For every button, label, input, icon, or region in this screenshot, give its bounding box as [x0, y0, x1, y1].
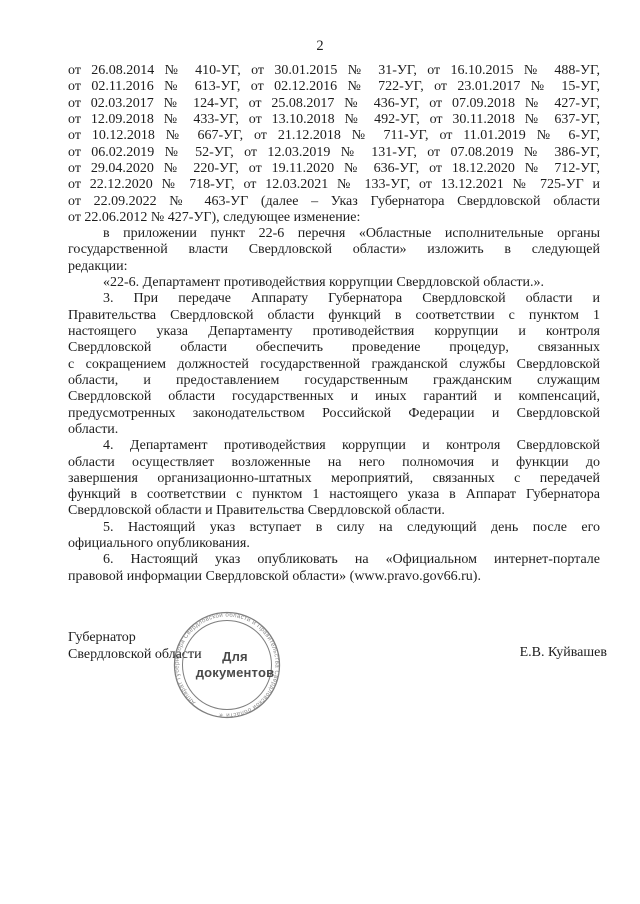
- official-round-stamp: Аппарат Губернатора Свердловской области…: [171, 609, 283, 721]
- page-number: 2: [0, 38, 640, 55]
- text-line: от 22.12.2020 № 718-УГ, от 12.03.2021 № …: [68, 177, 600, 193]
- document-body-text: от 26.08.2014 № 410-УГ, от 30.01.2015 № …: [68, 63, 600, 585]
- signatory-title-line1: Губернатор: [68, 630, 202, 647]
- stamp-ring-text: Аппарат Губернатора Свердловской области…: [173, 612, 280, 719]
- text-line: 4. Департамент противодействия коррупции…: [68, 438, 600, 454]
- stamp-outer-circle: [175, 613, 280, 718]
- stamp-center-text-line1: Для: [222, 649, 248, 664]
- text-line: официального опубликования.: [68, 536, 600, 552]
- text-line: от 26.08.2014 № 410-УГ, от 30.01.2015 № …: [68, 63, 600, 79]
- text-line: государственной власти Свердловской обла…: [68, 242, 600, 258]
- text-line: завершения организационно-штатных меропр…: [68, 471, 600, 487]
- signatory-name: Е.В. Куйвашев: [520, 645, 607, 661]
- text-line: от 29.04.2020 № 220-УГ, от 19.11.2020 № …: [68, 161, 600, 177]
- text-line: от 12.09.2018 № 433-УГ, от 13.10.2018 № …: [68, 112, 600, 128]
- text-line: области осуществляет возложенные на него…: [68, 455, 600, 471]
- text-line: 3. При передаче Аппарату Губернатора Све…: [68, 291, 600, 307]
- text-line: с сокращением должностей государственной…: [68, 357, 600, 373]
- text-line: 6. Настоящий указ опубликовать на «Офици…: [68, 552, 600, 568]
- text-line: настоящего указа Департаменту противодей…: [68, 324, 600, 340]
- document-page: 2 от 26.08.2014 № 410-УГ, от 30.01.2015 …: [0, 0, 640, 904]
- text-line: от 10.12.2018 № 667-УГ, от 21.12.2018 № …: [68, 128, 600, 144]
- text-line: области, и предоставлением государственн…: [68, 373, 600, 389]
- text-line: Свердловской области государственных и и…: [68, 389, 600, 405]
- text-line: Свердловской области обеспечить проведен…: [68, 340, 600, 356]
- text-line: правовой информации Свердловской области…: [68, 569, 600, 585]
- text-line: от 22.09.2022 № 463-УГ (далее – Указ Губ…: [68, 194, 600, 210]
- text-line: в приложении пункт 22-6 перечня «Областн…: [68, 226, 600, 242]
- text-line: области.: [68, 422, 600, 438]
- signatory-title-line2: Свердловской области: [68, 647, 202, 664]
- text-line: редакции:: [68, 259, 600, 275]
- text-line: Правительства Свердловской области функц…: [68, 308, 600, 324]
- text-line: от 06.02.2019 № 52-УГ, от 12.03.2019 № 1…: [68, 145, 600, 161]
- text-line: от 22.06.2012 № 427-УГ), следующее измен…: [68, 210, 600, 226]
- text-line: предусмотренных законодательством Россий…: [68, 406, 600, 422]
- text-line: от 02.11.2016 № 613-УГ, от 02.12.2016 № …: [68, 79, 600, 95]
- signatory-title: Губернатор Свердловской области: [68, 630, 202, 663]
- stamp-center-text-line2: документов: [196, 665, 275, 680]
- text-line: от 02.03.2017 № 124-УГ, от 25.08.2017 № …: [68, 96, 600, 112]
- text-line: 5. Настоящий указ вступает в силу на сле…: [68, 520, 600, 536]
- stamp-graphic: Аппарат Губернатора Свердловской области…: [171, 609, 283, 721]
- text-line: «22-6. Департамент противодействия корру…: [68, 275, 600, 291]
- text-line: Свердловской области и Правительства Све…: [68, 503, 600, 519]
- text-line: функций в соответствии с пунктом 1 насто…: [68, 487, 600, 503]
